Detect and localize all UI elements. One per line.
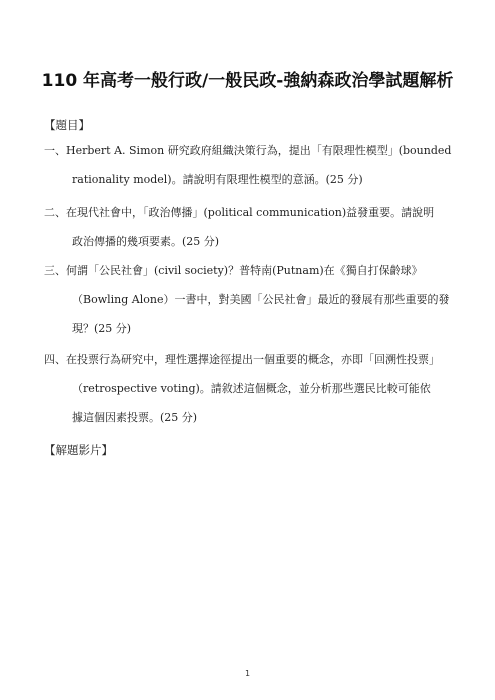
question-1-line2: rationality model)。請說明有限理性模型的意涵。(25 分) [44, 165, 464, 194]
question-4-line2: （retrospective voting)。請敘述這個概念，並分析那些選民比較… [44, 374, 464, 403]
question-2-line2: 政治傳播的幾項要素。(25 分) [44, 227, 464, 256]
question-4: 四、在投票行為研究中，理性選擇途徑提出一個重要的概念，亦即「回溯性投票」 （re… [44, 345, 464, 432]
question-3-line1: 三、何謂「公民社會」(civil society)？普特南(Putnam)在《獨… [44, 256, 464, 285]
video-header: 【解題影片】 [44, 442, 113, 458]
question-4-line1: 四、在投票行為研究中，理性選擇途徑提出一個重要的概念，亦即「回溯性投票」 [44, 345, 464, 374]
question-2: 二、在現代社會中，「政治傳播」(political communication)… [44, 198, 464, 256]
question-3-line2: （Bowling Alone）一書中，對美國「公民社會」最近的發展有那些重要的發 [44, 285, 464, 314]
document-title: 110 年高考一般行政/一般民政-強納森政治學試題解析 [0, 66, 495, 91]
page-number: 1 [0, 669, 495, 678]
question-2-line1: 二、在現代社會中，「政治傳播」(political communication)… [44, 198, 464, 227]
question-1-line1: 一、Herbert A. Simon 研究政府組織決策行為，提出「有限理性模型」… [44, 136, 464, 165]
question-3-line3: 現？(25 分) [44, 314, 464, 343]
question-number: 三、 [44, 264, 66, 277]
question-4-line3: 據這個因素投票。(25 分) [44, 403, 464, 432]
question-number: 一、 [44, 144, 66, 157]
question-1: 一、Herbert A. Simon 研究政府組織決策行為，提出「有限理性模型」… [44, 136, 464, 194]
question-number: 四、 [44, 353, 66, 366]
question-number: 二、 [44, 206, 66, 219]
question-3: 三、何謂「公民社會」(civil society)？普特南(Putnam)在《獨… [44, 256, 464, 343]
questions-header: 【題目】 [44, 117, 90, 133]
